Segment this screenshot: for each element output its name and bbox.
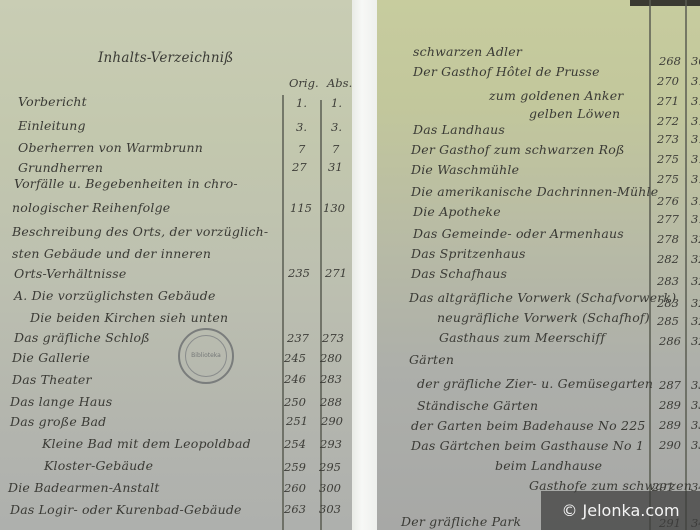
toc-abs: 303 <box>319 502 341 516</box>
column-header-orig: Orig. <box>289 76 319 90</box>
toc-entry: Die amerikanische Dachrinnen-Mühle <box>411 184 658 199</box>
toc-abs: 326 <box>691 296 700 310</box>
toc-orig: 263 <box>284 502 306 516</box>
toc-abs: 315 <box>691 152 700 166</box>
toc-orig: 277 <box>657 212 679 226</box>
toc-abs: 1. <box>331 96 342 110</box>
toc-entry: Das Theater <box>12 372 92 387</box>
toc-entry: Vorfälle u. Begebenheiten in chro- <box>14 176 238 191</box>
toc-abs: 280 <box>320 351 342 365</box>
left-page: Inhalts-Verzeichniß Orig. Abs. Vorberich… <box>0 0 352 530</box>
column-header-abs: Abs. <box>327 76 352 90</box>
toc-abs: 314 <box>691 132 700 146</box>
toc-abs: 318 <box>691 212 700 226</box>
toc-orig: 282 <box>657 252 679 266</box>
toc-orig: 1. <box>296 96 307 110</box>
toc-entry: Das Gemeinde- oder Armenhaus <box>413 226 624 241</box>
toc-entry: schwarzen Adler <box>413 44 522 59</box>
toc-abs: 311 <box>691 94 700 108</box>
toc-abs: 323 <box>691 252 700 266</box>
toc-orig: 254 <box>284 437 306 451</box>
toc-entry: Oberherren von Warmbrunn <box>18 140 203 155</box>
toc-entry: beim Landhause <box>495 458 602 473</box>
toc-abs: 295 <box>319 460 341 474</box>
toc-entry: der Garten beim Badehause No 225 <box>411 418 646 433</box>
toc-abs: 130 <box>323 201 345 215</box>
toc-orig: 115 <box>290 201 312 215</box>
toc-entry: Orts-Verhältnisse <box>14 266 126 281</box>
toc-entry: Das Gärtchen beim Gasthause No 1 <box>411 438 644 453</box>
toc-entry: nologischer Reihenfolge <box>12 200 170 215</box>
page-title: Inhalts-Verzeichniß <box>98 50 233 66</box>
toc-entry: Das Logir- oder Kurenbad-Gebäude <box>10 502 242 517</box>
toc-abs: 330 <box>691 378 700 392</box>
toc-orig: 268 <box>659 54 681 68</box>
toc-orig: 237 <box>287 331 309 345</box>
toc-abs: 320 <box>691 232 700 246</box>
toc-entry: sten Gebäude und der inneren <box>12 246 211 261</box>
toc-entry: Der gräfliche Park <box>401 514 521 529</box>
toc-abs: 271 <box>325 266 347 280</box>
toc-abs: 283 <box>320 372 342 386</box>
toc-orig: 273 <box>657 132 679 146</box>
toc-orig: 275 <box>657 172 679 186</box>
toc-orig: 283 <box>657 274 679 288</box>
toc-abs: 328 <box>691 334 700 348</box>
toc-entry: Vorbericht <box>18 94 87 109</box>
toc-entry: der gräfliche Zier- u. Gemüsegarten <box>417 376 653 391</box>
toc-entry: Kleine Bad mit dem Leopoldbad <box>42 436 251 451</box>
toc-abs: 7 <box>332 142 339 156</box>
toc-orig: 260 <box>284 481 306 495</box>
toc-abs: 293 <box>320 437 342 451</box>
toc-abs: 290 <box>321 414 343 428</box>
toc-orig: 287 <box>659 378 681 392</box>
toc-abs: 3. <box>331 120 342 134</box>
toc-abs: 316 <box>691 194 700 208</box>
toc-entry: Grundherren <box>18 160 103 175</box>
column-rule-orig <box>649 0 651 530</box>
toc-abs: 316 <box>691 172 700 186</box>
toc-orig: 276 <box>657 194 679 208</box>
toc-abs: 273 <box>322 331 344 345</box>
toc-orig: 259 <box>284 460 306 474</box>
toc-entry: Gärten <box>409 352 454 367</box>
toc-entry: Die beiden Kirchen sieh unten <box>30 310 228 325</box>
toc-abs: 327 <box>691 314 700 328</box>
toc-abs: 308 <box>691 54 700 68</box>
toc-abs: 31 <box>328 160 343 174</box>
toc-orig: 246 <box>284 372 306 386</box>
toc-entry: Das lange Haus <box>10 394 112 409</box>
toc-orig: 3. <box>296 120 307 134</box>
toc-abs: 312 <box>691 114 700 128</box>
toc-entry: neugräfliche Vorwerk (Schafhof) <box>437 310 650 325</box>
toc-entry: Das Landhaus <box>413 122 505 137</box>
toc-entry: Der Gasthof Hôtel de Prusse <box>413 64 600 79</box>
toc-abs: 334 <box>691 438 700 452</box>
toc-orig: 289 <box>659 418 681 432</box>
toc-abs: 300 <box>319 481 341 495</box>
stamp-text: Biblioteka <box>185 335 227 377</box>
toc-entry: Ständische Gärten <box>417 398 538 413</box>
toc-abs: 325 <box>691 274 700 288</box>
toc-abs: 288 <box>320 395 342 409</box>
toc-orig: 289 <box>659 398 681 412</box>
watermark: © Jelonka.com <box>541 491 700 530</box>
toc-entry: gelben Löwen <box>529 106 620 121</box>
toc-orig: 7 <box>298 142 305 156</box>
toc-abs: 310 <box>691 74 700 88</box>
toc-orig: 251 <box>286 414 308 428</box>
toc-orig: 270 <box>657 74 679 88</box>
page-gap <box>352 0 377 530</box>
toc-entry: Die Apotheke <box>413 204 501 219</box>
toc-entry: Die Waschmühle <box>411 162 519 177</box>
toc-entry: Die Gallerie <box>12 350 90 365</box>
toc-entry: Kloster-Gebäude <box>44 458 153 473</box>
watermark-text: © Jelonka.com <box>561 501 679 520</box>
toc-orig: 235 <box>288 266 310 280</box>
toc-entry: Beschreibung des Orts, der vorzüglich- <box>12 224 268 239</box>
toc-entry: Das Spritzenhaus <box>411 246 526 261</box>
toc-orig: 245 <box>284 351 306 365</box>
toc-entry: Das gräfliche Schloß <box>14 330 150 345</box>
toc-entry: Einleitung <box>18 118 86 133</box>
library-stamp: Biblioteka <box>178 328 234 384</box>
toc-orig: 27 <box>292 160 307 174</box>
toc-entry: A. Die vorzüglichsten Gebäude <box>14 288 216 303</box>
toc-entry: Gasthaus zum Meerschiff <box>439 330 605 345</box>
column-rule-abs <box>685 0 687 530</box>
toc-orig: 250 <box>284 395 306 409</box>
toc-orig: 272 <box>657 114 679 128</box>
toc-orig: 290 <box>659 438 681 452</box>
toc-entry: Das altgräfliche Vorwerk (Schafvorwerk) <box>409 290 676 305</box>
toc-entry: Der Gasthof zum schwarzen Roß <box>411 142 625 157</box>
toc-entry: Das große Bad <box>10 414 106 429</box>
toc-orig: 283 <box>657 296 679 310</box>
toc-entry: Das Schafhaus <box>411 266 507 281</box>
toc-abs: 333 <box>691 418 700 432</box>
toc-entry: Die Badearmen-Anstalt <box>8 480 160 495</box>
toc-orig: 271 <box>657 94 679 108</box>
right-page: schwarzen Adler 268 308 Der Gasthof Hôte… <box>377 0 700 530</box>
toc-orig: 275 <box>657 152 679 166</box>
toc-orig: 278 <box>657 232 679 246</box>
toc-entry: zum goldenen Anker <box>489 88 623 103</box>
toc-orig: 286 <box>659 334 681 348</box>
top-edge-shadow <box>630 0 700 6</box>
toc-abs: 332 <box>691 398 700 412</box>
toc-orig: 285 <box>657 314 679 328</box>
